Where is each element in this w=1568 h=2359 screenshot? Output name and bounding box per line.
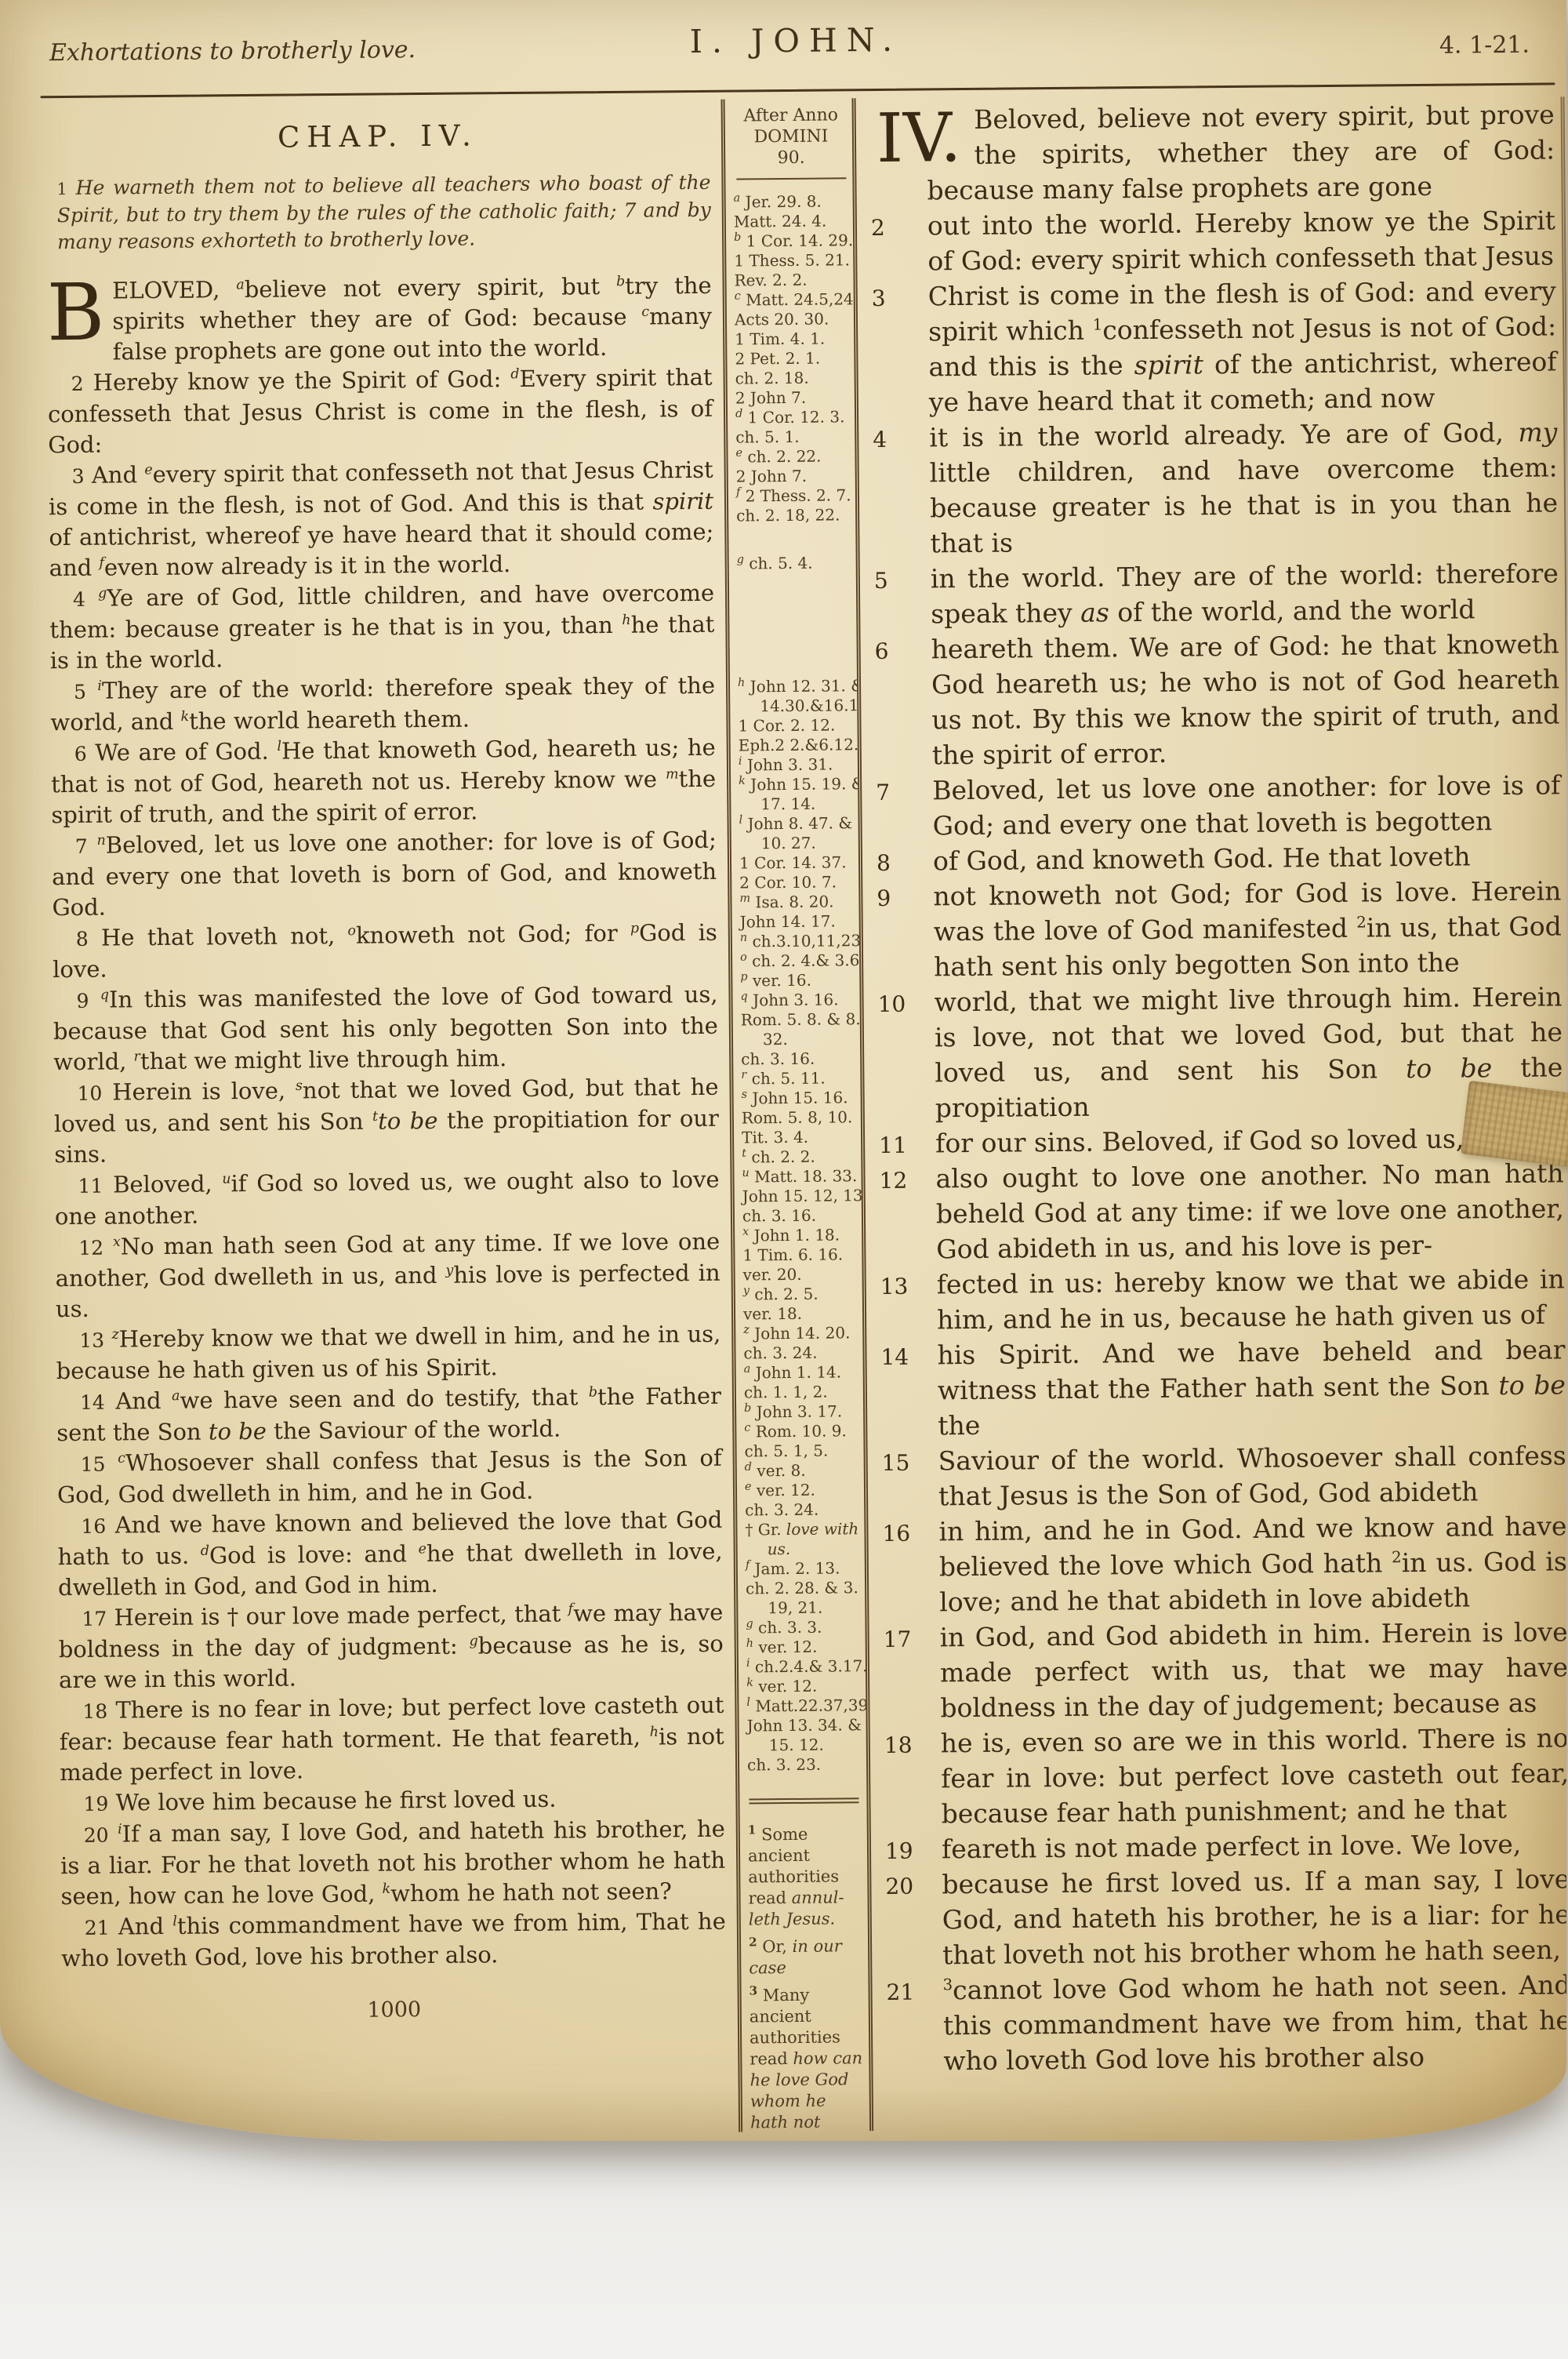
reference-line: i John 3. 31. [739,754,855,775]
drop-cap: B [46,275,112,343]
rv-verse-18: 18he is, even so are we in this world. T… [881,1720,1566,1832]
rv-verse-12: 12also ought to love one another. No man… [876,1155,1564,1267]
rv-verse-list: IV.Beloved, believe not every spirit, bu… [867,96,1566,2079]
footnote-3: 3 Many ancient authorities read how can … [750,1984,867,2132]
verse-number: 20 [885,1869,913,1904]
verse-number: 3 [872,281,886,316]
reference-line: ch. 3. 24. [745,1499,861,1520]
reference-line: 1 Cor. 14. 37. [739,852,855,873]
footnote-number: 2 [749,1935,757,1949]
anno-line: DOMINI [733,125,849,147]
verse-number: 8 [877,845,891,881]
reference-line: x John 1. 18. [742,1225,858,1245]
kjv-verse-15: 15 cWhosoever shall confess that Jesus i… [57,1443,723,1510]
reference-line: ch. 3. 24. [743,1343,859,1363]
kjv-verse-18: 18 There is no fear in love; but perfect… [59,1690,724,1788]
reference-line: 2 Cor. 10. 7. [739,872,855,892]
reference-line: k ver. 12. [746,1676,862,1696]
chapter-heading: CHAP. IV. [45,117,710,156]
reference-line: ch. 2. 18, 22. [736,505,852,525]
reference-line: o ch. 2. 4.& 3.6. [740,951,856,971]
verse-number: 3 [72,465,85,488]
verse-number: 6 [74,743,87,765]
rv-verse-2: 2out into the world. Hereby know ye the … [868,202,1556,279]
verse-number: 5 [74,681,86,703]
rv-verse-21: 213cannot love God whom he hath not seen… [883,1967,1566,2079]
reference-line: 2 John 7. [736,466,852,486]
rv-verse-15: 15Saviour of the world. Whosoever shall … [878,1438,1566,1514]
reference-line: g ch. 3. 3. [746,1617,862,1637]
rv-verse-11: 11for our sins. Beloved, if God so loved… [876,1120,1563,1161]
reference-line: 2 John 7. [735,387,851,408]
reference-line: ch. 2. 28. & 3. [746,1578,862,1598]
kjv-verse-2: 2 Hereby know ye the Spirit of God: dEve… [47,362,713,460]
reference-line: Eph.2 2.&6.12. [739,735,855,755]
verse-number: 7 [75,835,88,858]
reference-line: † Gr. love with [745,1519,861,1539]
reference-line: i ch.2.4.& 3.17. [746,1656,862,1677]
reference-line: 14.30.&16.11. [738,696,854,716]
rv-verse-14: 14his Spirit. And we have beheld and bea… [877,1332,1566,1444]
rv-verse-7: 7Beloved, let us love one another: for l… [873,767,1561,844]
verse-number: 21 [886,1975,914,2010]
rv-verse-17: 17in God, and God abideth in him. Herein… [880,1614,1566,1726]
verse-number: 10 [877,987,906,1022]
kjv-verse-20: 20 iIf a man say, I love God, and hateth… [60,1814,726,1912]
reference-line: c Matt. 24.5,24. [735,289,851,310]
kjv-verse-10: 10 Herein is love, snot that we loved Go… [53,1072,719,1170]
reference-line: ver. 20. [743,1264,859,1285]
rv-verse-4: 4it is in the world already. Ye are of G… [869,414,1559,562]
reference-line: 2 Pet. 2. 1. [735,348,851,369]
reference-line: a John 1. 14. [744,1362,860,1383]
page-number: 1000 [62,1995,727,2025]
verse-number: 6 [874,634,888,669]
reference-column: After Anno DOMINI 90. a Jer. 29. 8.Matt.… [721,98,874,2132]
reference-line: u Matt. 18. 33. [742,1166,858,1187]
rv-verse-13: 13fected in us: hereby know we that we a… [877,1261,1566,1338]
reference-line: ch. 3. 16. [742,1205,858,1226]
verse-number: 15 [81,1453,106,1476]
reference-line: John 13. 34. & [747,1715,863,1736]
verse-number: 12 [78,1237,103,1259]
kjv-verse-16: 16 And we have known and believed the lo… [57,1505,723,1603]
reference-line: e ver. 12. [745,1480,861,1500]
reference-line: l Matt.22.37,39. [746,1696,862,1716]
verse-number: 12 [879,1163,907,1198]
reference-line: 10. 27. [739,833,855,853]
reference-line: e ch. 2. 22. [735,446,851,467]
verse-number: 16 [882,1516,910,1551]
reference-line: ch. 2. 18. [735,368,851,388]
kjv-verse-21: 21 And lthis commandment have we from hi… [61,1906,727,1974]
footnote-1: 1 Some ancient authorities read annul-le… [748,1823,865,1930]
reference-line: ch. 1. 1, 2. [744,1382,860,1402]
reference-line: 17. 14. [739,794,855,814]
footnote-list: 1 Some ancient authorities read annul-le… [748,1823,867,2132]
verse-number: 5 [874,563,888,598]
reference-line: 1 Tim. 6. 16. [742,1245,858,1265]
reference-line: d ver. 8. [745,1460,861,1481]
footnote-2: 2 Or, in our case [749,1936,865,1979]
verse-number: 4 [73,588,85,611]
running-head-subject: Exhortations to brotherly love. [49,36,416,67]
rv-verse-8: 8of God, and knoweth God. He that loveth [873,838,1561,879]
reference-line: Matt. 24. 4. [734,211,850,231]
rv-verse-9: 9not knoweth not God; for God is love. H… [873,873,1562,985]
reference-line: q John 3. 16. [740,990,856,1010]
kjv-verse-12: 12 xNo man hath seen God at any time. If… [55,1227,720,1325]
verse-number: 15 [882,1445,910,1481]
rv-column: IV.Beloved, believe not every spirit, bu… [867,96,1566,2114]
reference-line: ch. 5. 1. [735,427,851,447]
reference-line: r ch. 5. 11. [741,1068,857,1089]
reference-line: y ch. 2. 5. [743,1284,859,1304]
reference-line: 15. 12. [747,1735,863,1755]
reference-line: n ch.3.10,11,23. [740,931,856,951]
verse-number: 18 [884,1728,913,1763]
rv-verse-20: 20because he first loved us. If a man sa… [882,1861,1566,1973]
rv-verse-3: 3Christ is come in the flesh is of God: … [869,273,1558,420]
reference-line: 1 Cor. 2. 12. [738,715,854,736]
kjv-verse-list: BELOVED, abelieve not every spirit, but … [46,271,726,1974]
rv-verse-5: 5in the world. They are of the world: th… [871,555,1559,632]
anno-rule [736,177,846,180]
reference-line: k John 15. 19. & [739,774,855,794]
reference-line: ver. 18. [743,1303,859,1324]
reference-line: Tit. 3. 4. [742,1127,858,1147]
verse-number: 17 [883,1622,911,1657]
verse-number: 10 [77,1082,102,1105]
cross-reference-list: a Jer. 29. 8.Matt. 24. 4.b 1 Cor. 14. 29… [734,191,864,1775]
kjv-verse-6: 6 We are of God. lHe that knoweth God, h… [51,732,717,831]
kjv-column: CHAP. IV. 1 He warneth them not to belie… [45,104,727,2025]
anno-domini-note: After Anno DOMINI 90. [733,104,850,169]
header-rule [40,82,1555,98]
reference-line: f 2 Thess. 2. 7. [736,485,852,506]
kjv-verse-7: 7 nBeloved, let us love one another: for… [52,825,717,923]
reference-line: Rev. 2. 2. [734,270,850,290]
reference-line: Rom. 5. 8. & 8. [741,1009,857,1030]
verse-number: 4 [873,422,887,457]
kjv-verse-9: 9 qIn this was manifested the love of Go… [53,980,718,1078]
book-page: Exhortations to brotherly love. I. JOHN.… [0,0,1566,2141]
reference-line: s John 15. 16. [742,1088,858,1108]
verse-number: 11 [879,1128,907,1163]
rv-verse-6: 6heareth them. We are of God: he that kn… [871,626,1560,773]
footnote-divider [749,1797,858,1804]
reference-line: h ver. 12. [746,1637,862,1657]
rv-verse-1: IV.Beloved, believe not every spirit, bu… [867,96,1555,209]
kjv-verse-5: 5 iThey are of the world: therefore spea… [50,671,716,738]
verse-number: 2 [871,210,885,245]
reference-line: ch. 3. 23. [747,1754,863,1775]
reference-line: b 1 Cor. 14. 29. [734,231,850,251]
verse-number: 8 [76,928,89,951]
verse-number: 14 [80,1391,105,1414]
reference-line: t ch. 2. 2. [742,1147,858,1167]
chapter-summary: 1 He warneth them not to believe all tea… [56,169,711,256]
verse-number: 21 [85,1917,110,1939]
reference-line: g ch. 5. 4. [737,553,853,573]
anno-line: 90. [733,147,849,169]
kjv-verse-14: 14 And awe have seen and do testify, tha… [56,1381,722,1448]
reference-line: Acts 20. 30. [735,309,851,329]
verse-number: 19 [83,1793,108,1816]
running-head-book-title: I. JOHN. [689,21,902,60]
reference-line: l John 8. 47. & [739,813,855,834]
verse-number: 9 [877,881,891,916]
running-head: Exhortations to brotherly love. I. JOHN.… [46,14,1546,82]
kjv-verse-1: BELOVED, abelieve not every spirit, but … [46,271,712,368]
reference-line: John 14. 17. [740,911,856,932]
footnote-number: 3 [750,1983,758,1997]
summary-verse-ref: 1 [56,180,67,198]
footnote-number: 1 [748,1823,757,1837]
reference-line: ch. 5. 1, 5. [744,1441,860,1461]
verse-number: 13 [880,1269,909,1304]
reference-line: 32. [741,1029,857,1049]
verse-number: 19 [885,1834,913,1869]
reference-line: 1 Thess. 5. 21. [734,250,850,271]
reference-line: us. [746,1539,862,1559]
verse-number: 17 [82,1608,107,1630]
kjv-verse-13: 13 zHereby know we that we dwell in him,… [56,1319,721,1387]
reference-gap [737,572,854,677]
reference-line: 1 Tim. 4. 1. [735,329,851,349]
reference-line: b John 3. 17. [744,1401,860,1422]
page-content: Exhortations to brotherly love. I. JOHN.… [0,0,1566,2141]
reference-line: 19, 21. [746,1598,862,1618]
chapter-numeral: IV. [877,102,975,167]
reference-line: h John 12. 31. & [738,676,854,696]
verse-number: 13 [79,1329,104,1352]
kjv-verse-3: 3 And eevery spirit that confesseth not … [49,455,714,583]
reference-line: ch. 3. 16. [741,1049,857,1069]
kjv-verse-4: 4 gYe are of God, little children, and h… [49,578,715,676]
kjv-verse-17: 17 Herein is † our love made perfect, th… [58,1598,724,1696]
reference-line: z John 14. 20. [743,1323,859,1343]
reference-line: d 1 Cor. 12. 3. [735,407,851,427]
verse-number: 18 [82,1700,107,1723]
verse-number: 2 [71,373,84,395]
reference-gap [736,525,852,554]
verse-number: 11 [78,1175,103,1198]
reference-line: c Rom. 10. 9. [744,1421,860,1441]
verse-number: 7 [876,775,890,810]
verse-number: 14 [880,1339,909,1375]
running-head-verse-range: 4. 1-21. [1439,31,1530,60]
verse-number: 9 [76,990,89,1012]
reference-line: a Jer. 29. 8. [734,191,850,212]
verse-number: 20 [84,1824,109,1847]
anno-line: After Anno [733,104,849,126]
reference-line: p ver. 16. [740,970,856,990]
reference-line: Rom. 5. 8, 10. [742,1107,858,1128]
reference-line: m Isa. 8. 20. [739,892,855,912]
kjv-verse-11: 11 Beloved, uif God so loved us, we ough… [54,1165,720,1232]
bookmark-ribbon [1461,1081,1568,1168]
kjv-verse-8: 8 He that loveth not, oknoweth not God; … [53,918,718,985]
rv-verse-16: 16in him, and he in God. And we know and… [879,1508,1566,1620]
verse-number: 16 [81,1515,106,1538]
rv-verse-10: 10world, that we might live through him.… [874,979,1563,1126]
reference-line: f Jam. 2. 13. [746,1558,862,1579]
reference-line: John 15. 12, 13. [742,1186,858,1206]
rv-verse-19: 19feareth is not made perfect in love. W… [882,1826,1566,1867]
